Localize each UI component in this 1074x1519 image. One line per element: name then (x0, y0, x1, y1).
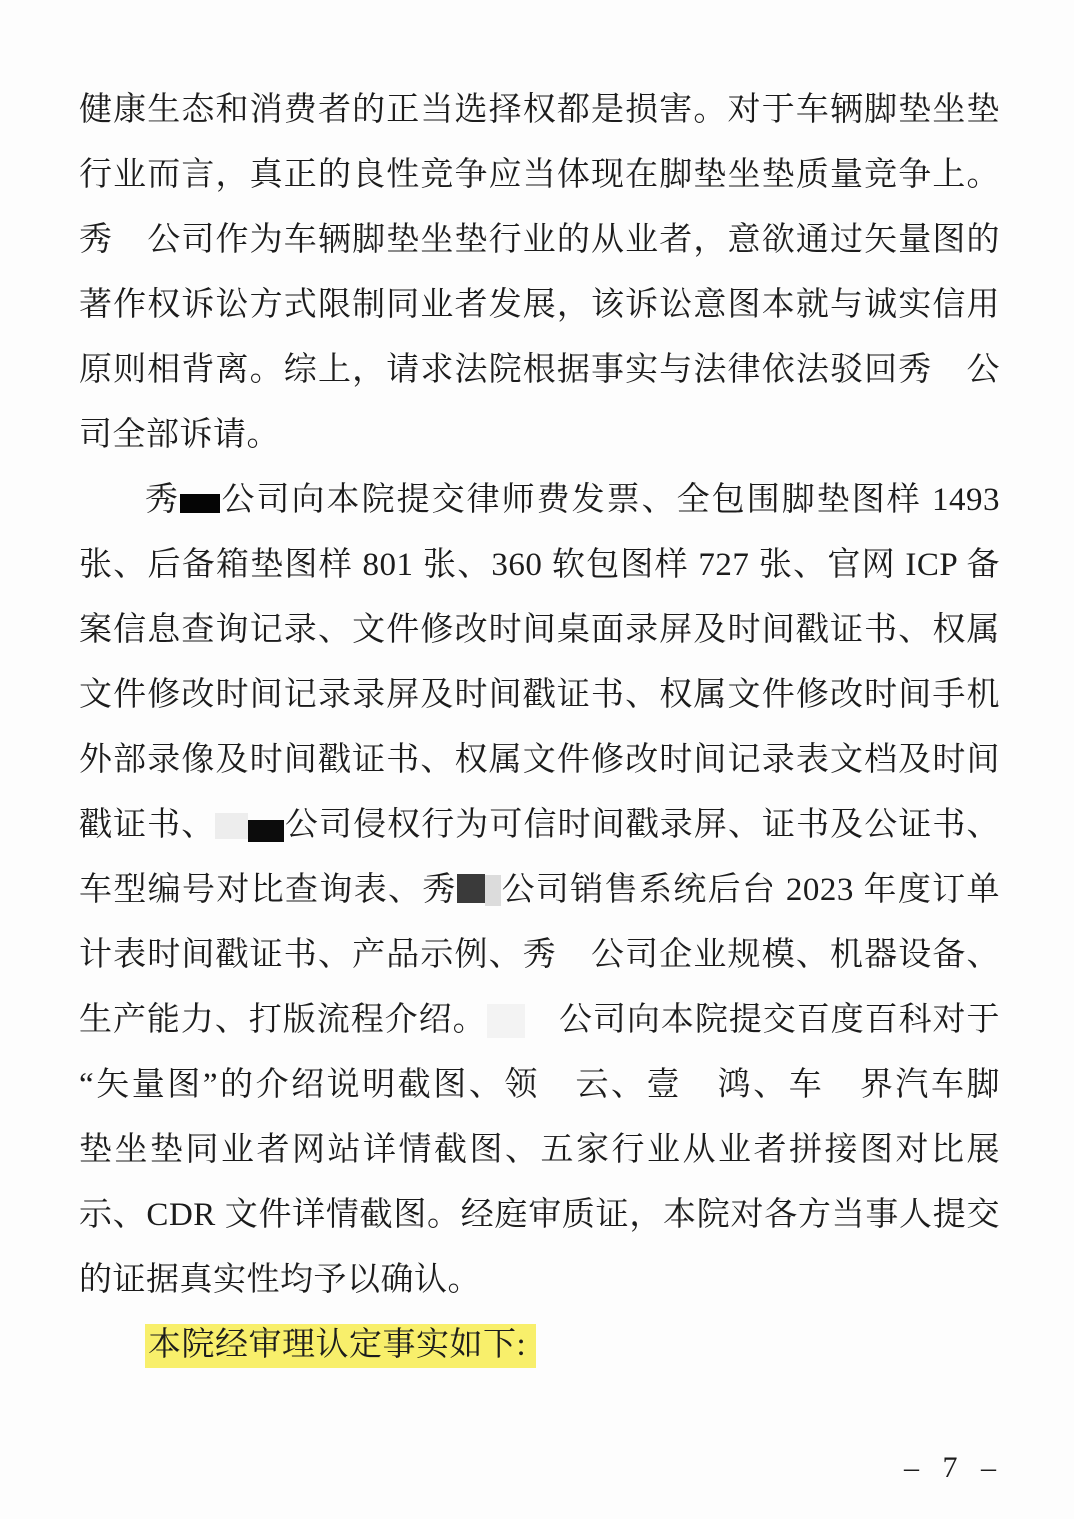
text-line-04: 著作权诉讼方式限制同业者发展，该诉讼意图本就与诚实信用 (79, 273, 1000, 338)
text-line-15-post: 公司向本院提交百度百科对于 (525, 1002, 1000, 1038)
text-line-20: 本院经审理认定事实如下: (79, 1313, 1000, 1378)
text-line-07: 秀公司向本院提交律师费发票、全包围脚垫图样 1493 (79, 468, 1000, 533)
text-line-08: 张、后备箱垫图样 801 张、360 软包图样 727 张、官网 ICP 备 (79, 533, 1000, 598)
text-line-07-pre: 秀 (145, 482, 180, 518)
text-line-12: 戳证书、公司侵权行为可信时间戳录屏、证书及公证书、 (79, 793, 1000, 858)
redaction-box-faint-gray (487, 1004, 525, 1038)
redaction-box-light-gray (215, 813, 248, 839)
page-number: – 7 – (904, 1451, 1004, 1485)
text-line-14: 计表时间戳证书、产品示例、秀 公司企业规模、机器设备、 (79, 923, 1000, 988)
text-line-15: 生产能力、打版流程介绍。 公司向本院提交百度百科对于 (79, 988, 1000, 1053)
text-line-10: 文件修改时间记录录屏及时间戳证书、权属文件修改时间手机 (79, 663, 1000, 728)
highlighted-ruling-heading: 本院经审理认定事实如下: (145, 1324, 536, 1368)
redaction-box-black (180, 494, 220, 513)
text-line-13: 车型编号对比查询表、秀公司销售系统后台 2023 年度订单统 (79, 858, 1000, 923)
document-text-block: 健康生态和消费者的正当选择权都是损害。对于车辆脚垫坐垫 行业而言，真正的良性竞争… (79, 78, 1000, 1378)
text-line-17: 垫坐垫同业者网站详情截图、五家行业从业者拼接图对比展 (79, 1118, 1000, 1183)
text-line-01: 健康生态和消费者的正当选择权都是损害。对于车辆脚垫坐垫 (79, 78, 1000, 143)
redaction-box-black (248, 820, 284, 842)
text-line-19: 的证据真实性均予以确认。 (79, 1248, 1000, 1313)
text-line-16: “矢量图”的介绍说明截图、领 云、壹 鸿、车 界汽车脚 (79, 1053, 1000, 1118)
text-line-18: 示、CDR 文件详情截图。经庭审质证，本院对各方当事人提交 (79, 1183, 1000, 1248)
text-line-07-post: 公司向本院提交律师费发票、全包围脚垫图样 1493 (220, 482, 1000, 518)
text-line-12-post: 公司侵权行为可信时间戳录屏、证书及公证书、 (284, 807, 1000, 843)
text-line-13-pre: 车型编号对比查询表、秀 (79, 872, 457, 908)
text-line-15-pre: 生产能力、打版流程介绍。 (79, 1002, 487, 1038)
text-line-03: 秀 公司作为车辆脚垫坐垫行业的从业者，意欲通过矢量图的 (79, 208, 1000, 273)
text-line-11: 外部录像及时间戳证书、权属文件修改时间记录表文档及时间 (79, 728, 1000, 793)
redaction-box-medium-gray (485, 875, 501, 906)
text-line-02: 行业而言，真正的良性竞争应当体现在脚垫坐垫质量竞争上。 (79, 143, 1000, 208)
text-line-12-pre: 戳证书、 (79, 807, 215, 843)
text-line-09: 案信息查询记录、文件修改时间桌面录屏及时间戳证书、权属 (79, 598, 1000, 663)
text-line-05: 原则相背离。综上，请求法院根据事实与法律依法驳回秀 公 (79, 338, 1000, 403)
text-line-06: 司全部诉请。 (79, 403, 1000, 468)
redaction-box-dark-gray (457, 874, 485, 903)
